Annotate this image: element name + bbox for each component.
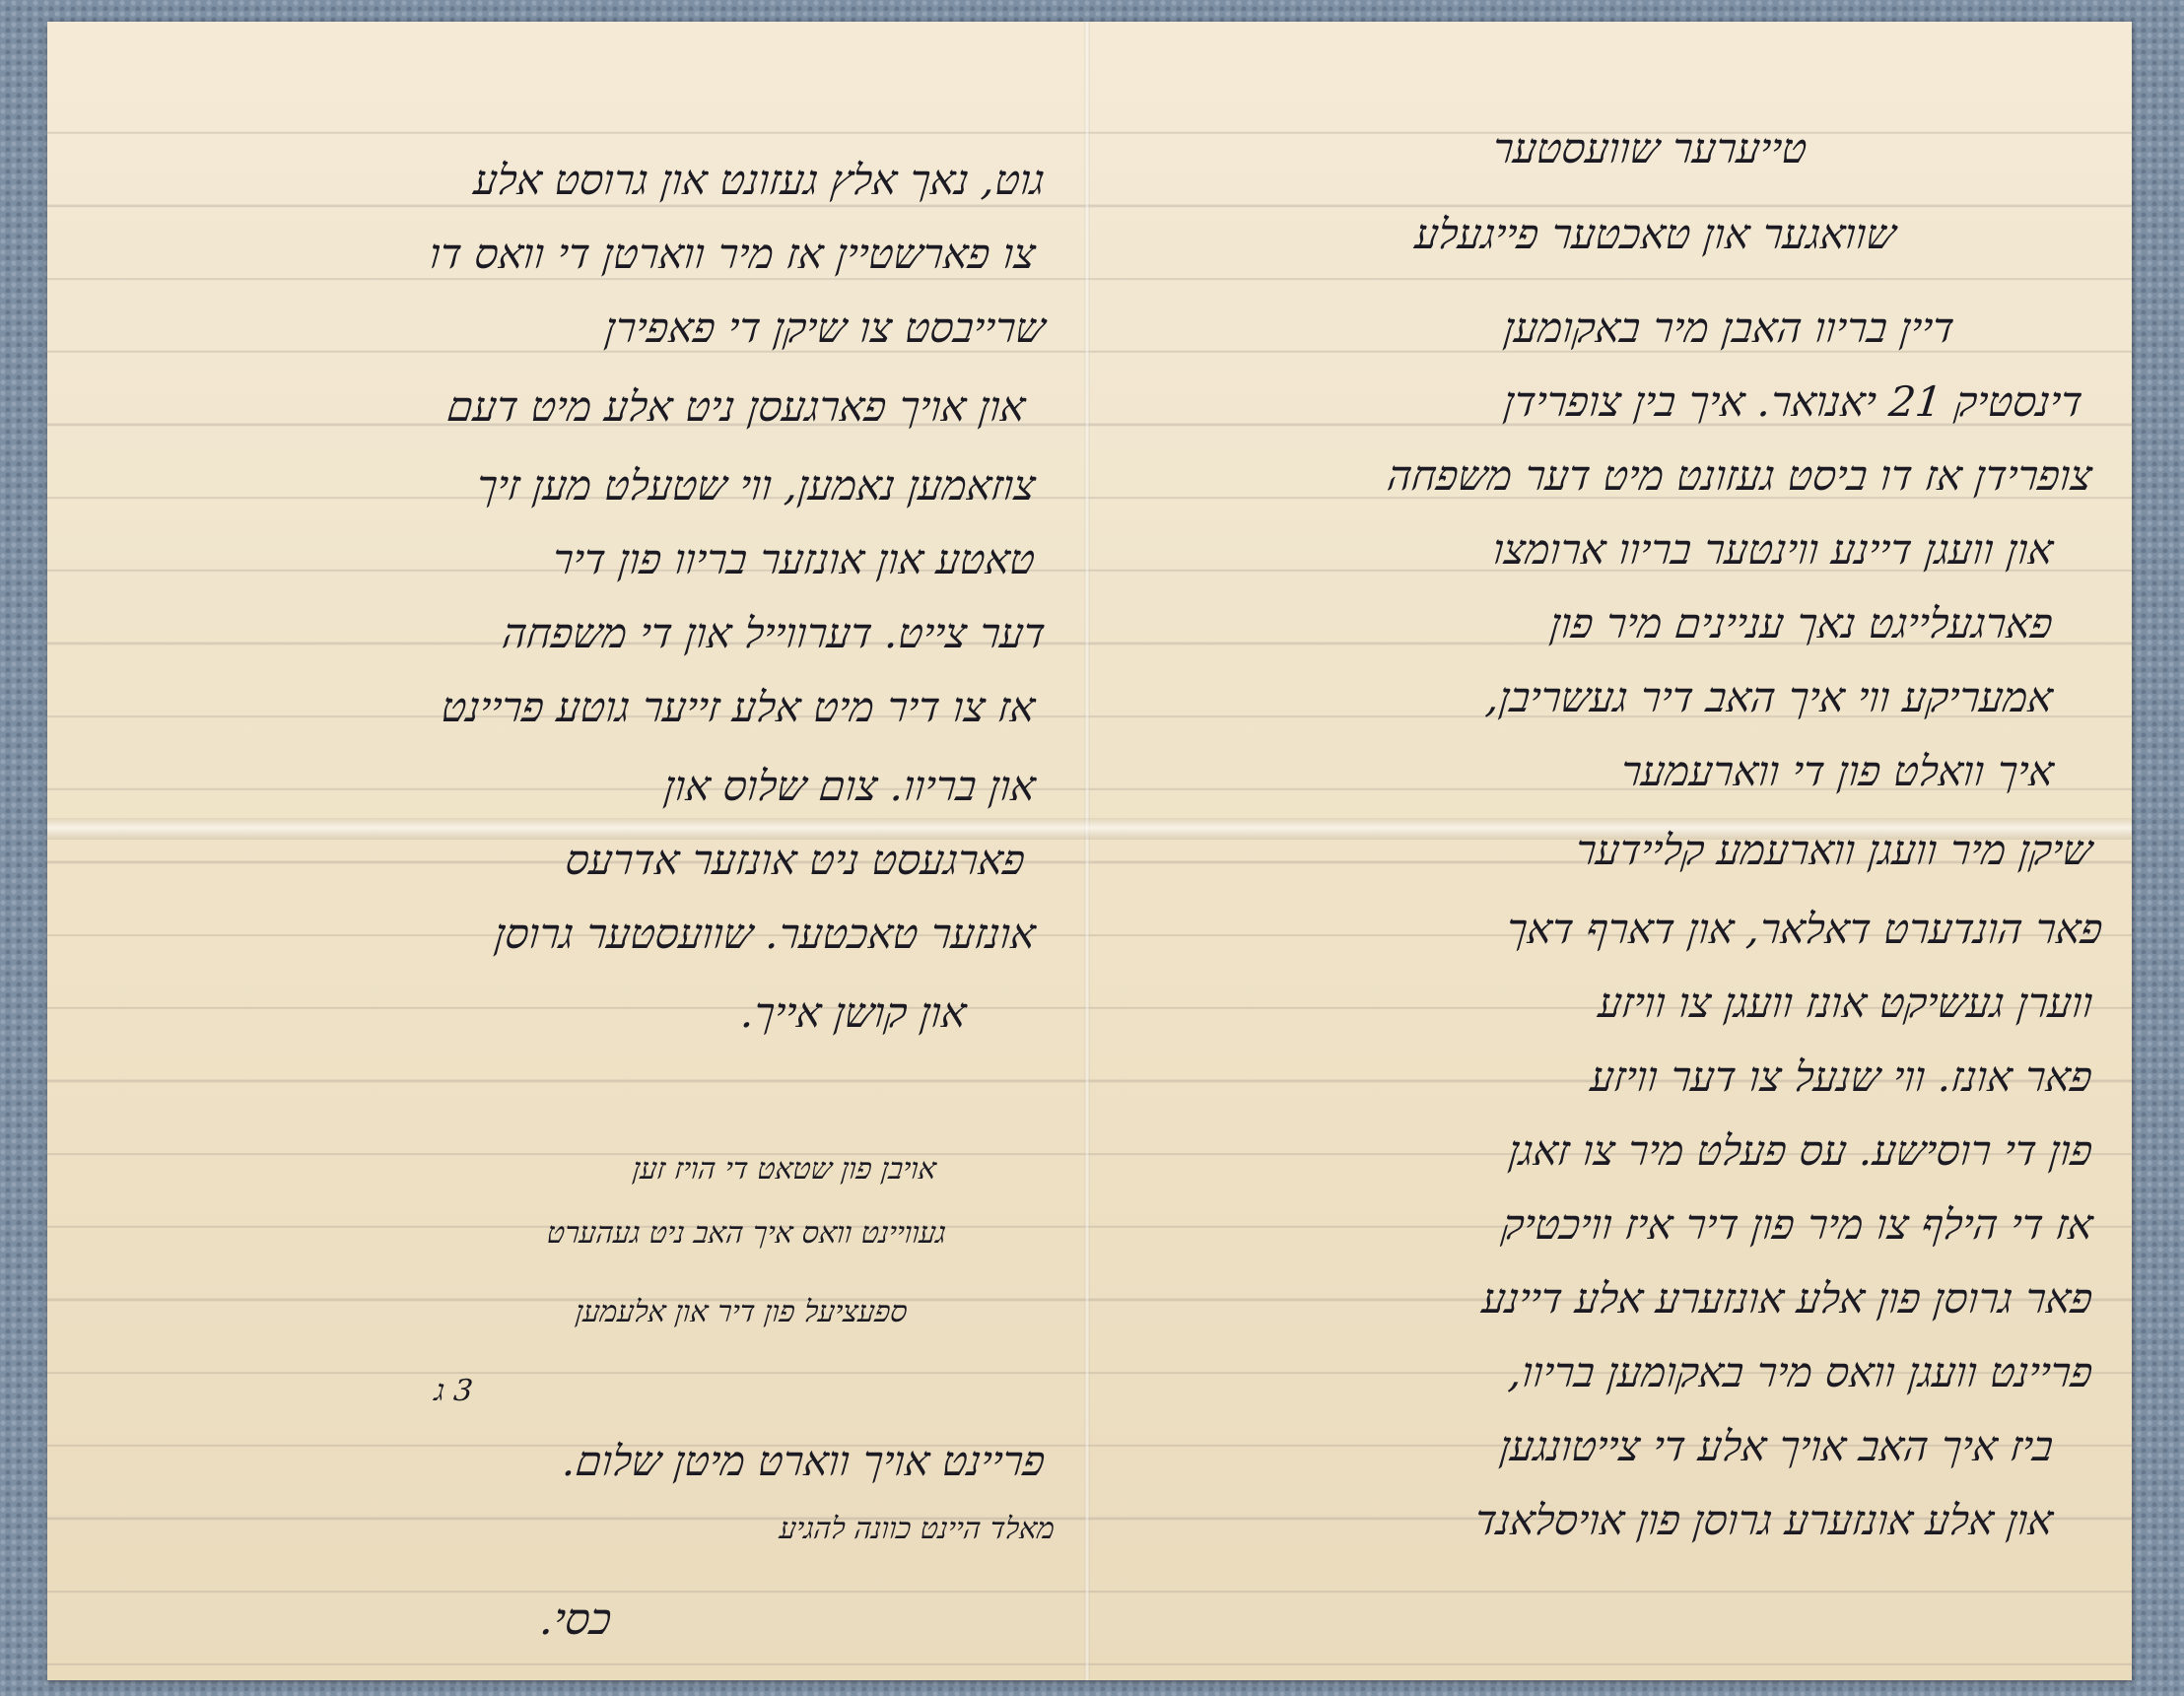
body-line: שיקן מיר וועגן ווארעמע קליידער <box>1574 830 2094 871</box>
body-line: איך וואלט פון די ווארעמער <box>1618 751 2055 792</box>
body-line: ביז איך האב אויך אלע די צייטונגען <box>1498 1426 2055 1467</box>
salutation-line: טייערער שוועסטער <box>1491 128 1809 170</box>
body-line: אונזער טאכטער. שוועסטער גרוסן <box>492 914 1037 955</box>
body-line: אז צו דיר מיט אלע זייער גוטע פריינט <box>440 687 1037 728</box>
hebrew-closing-line: פריינט אויך ווארט מיטן שלום. <box>561 1441 1047 1482</box>
note-mark: 3 ג <box>434 1377 475 1406</box>
body-line: פאר הונדערט דאלאר, און דארף דאך <box>1505 909 2105 950</box>
body-line: און וועגן דיינע ווינטער בריוו ארומצו <box>1491 529 2055 571</box>
postscript-line: ספעציעל פון דיר און אלעמען <box>574 1298 909 1327</box>
postscript-line: געוויינט וואס איך האב ניט געהערט <box>546 1219 948 1249</box>
body-line: שרייבסט צו שיקן די פאפירן <box>603 307 1048 349</box>
body-line: פריינט וועגן וואס מיר באקומען בריוו, <box>1507 1352 2095 1393</box>
body-line: טאטע און אונזער בריוו פון דיר <box>551 539 1037 580</box>
body-line: פארגעסט ניט אונזער אדרעס <box>564 840 1027 881</box>
salutation-line: שוואגער און טאכטער פייגעלע <box>1412 214 1897 255</box>
hebrew-closing-line: מאלד היינט כוונה להגיע <box>779 1515 1057 1544</box>
body-line: דינסטיק 21 יאנואר. איך בין צופרידן <box>1502 381 2084 423</box>
right-page: טייערער שוועסטער שוואגער און טאכטער פייג… <box>1090 22 2132 1680</box>
body-line: דער צייט. דערווייל און די משפחה <box>501 613 1048 654</box>
body-line: גוט, נאך אלץ געזונט און גרוסט אלע <box>472 160 1047 201</box>
left-page: גוט, נאך אלץ געזונט און גרוסט אלע צו פאר… <box>47 22 1084 1680</box>
body-line: ווערן געשיקט אונז וועגן צו וויזע <box>1596 983 2094 1024</box>
body-line: אז די הילף צו מיר פון דיר איז וויכטיק <box>1499 1204 2094 1246</box>
body-line: אמעריקע ווי איך האב דיר געשריבן, <box>1484 677 2055 718</box>
letter-paper: טייערער שוועסטער שוואגער און טאכטער פייג… <box>47 22 2132 1680</box>
body-line: צופרידן אז דו ביסט געזונט מיט דער משפחה <box>1386 455 2094 497</box>
body-line: פארגעלייגט נאך עניינים מיר פון <box>1548 603 2055 644</box>
postscript-line: אויבן פון שטאט די הויז זען <box>632 1155 938 1185</box>
body-line: פאר אונז. ווי שנעל צו דער וויזע <box>1589 1056 2094 1098</box>
body-line: דיין בריוו האבן מיר באקומען <box>1502 307 1956 349</box>
body-line: צו פארשטיין אז מיר ווארטן די וואס דו <box>427 234 1037 275</box>
body-line: און אויך פארגעסן ניט אלע מיט דעם <box>445 386 1027 428</box>
body-line: צוזאמען נאמען, ווי שטעלט מען זיך <box>474 465 1037 507</box>
body-line: און אלע אונזערע גרוסן פון אויסלאנד <box>1473 1500 2055 1541</box>
body-line: פאר גרוסן פון אלע אונזערע אלע דיינע <box>1480 1278 2095 1320</box>
signature: כסי. <box>538 1598 614 1642</box>
body-line: און בריוו. צום שלוס און <box>661 766 1037 807</box>
body-line: פון די רוסישע. עס פעלט מיר צו זאגן <box>1507 1130 2094 1172</box>
body-line: און קושן אייך. <box>739 992 969 1034</box>
